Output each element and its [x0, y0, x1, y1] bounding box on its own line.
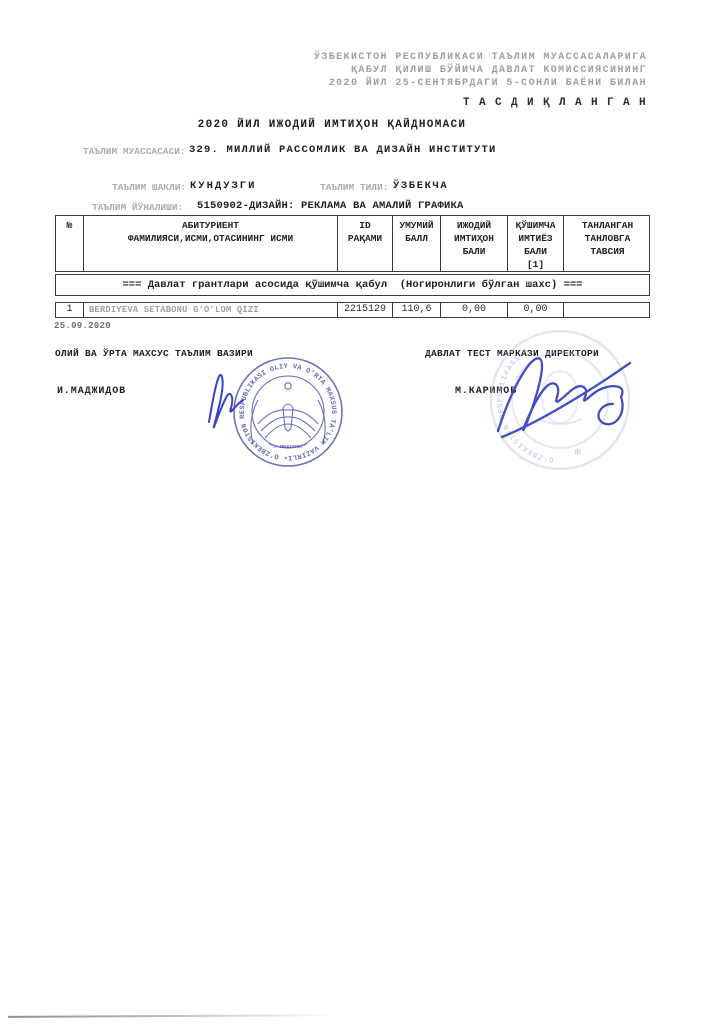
- scan-edge-artifact: [8, 1014, 338, 1018]
- header-bonus-score: ҚЎШИМЧА ИМТИЁЗ БАЛИ [1]: [508, 216, 564, 271]
- coat-of-arms-icon: [251, 383, 325, 448]
- approved-stamp-text: Т А С Д И Қ Л А Н Г А Н: [227, 97, 647, 109]
- header-total-score: УМУМИЙ БАЛЛ: [393, 216, 441, 271]
- table-header-row: № АБИТУРИЕНТ ФАМИЛИЯСИ,ИСМИ,ОТАСИНИНГ ИС…: [55, 215, 650, 272]
- header-id-number: ID РАҚАМИ: [338, 216, 393, 271]
- ministry-round-stamp: ✦ O’ZBEKISTON RESPUBLIKASI OLIY VA O’RTA…: [195, 352, 365, 474]
- header-recommendation: ТАНЛАНГАН ТАНЛОВГА ТАВСИЯ: [564, 216, 651, 271]
- stamp-banner-text: O’ZBEKISTON: [274, 445, 302, 450]
- table-row: 1 BERDIYEVA SETABONU G’O’LOM QIZI 221512…: [55, 302, 650, 318]
- stamp-star-icon: ✻: [574, 448, 582, 458]
- row-id-number: 2215129: [338, 303, 393, 317]
- row-bonus-score: 0,00: [508, 303, 564, 317]
- approval-line-3: 2020 ЙИЛ 25-СЕНТЯБРДАГИ 5-СОНЛИ БАЁНИ БИ…: [227, 77, 647, 90]
- table-section-row: === Давлат грантлари асосида қўшимча қаб…: [55, 274, 650, 296]
- study-direction-value: 5150902-ДИЗАЙН: РЕКЛАМА ВА АМАЛИЙ ГРАФИК…: [197, 200, 464, 212]
- document-date: 25.09.2020: [54, 321, 111, 331]
- institution-label: ТАЪЛИМ МУАССАСАСИ:: [83, 146, 186, 157]
- study-form-value: КУНДУЗГИ: [190, 180, 256, 192]
- left-signature-stroke: [209, 375, 243, 428]
- approval-line-2: ҚАБУЛ ҚИЛИШ БЎЙИЧА ДАВЛАТ КОМИССИЯСИНИНГ: [227, 64, 647, 77]
- left-signatory-name: И.МАДЖИДОВ: [57, 386, 126, 397]
- study-direction-label: ТАЪЛИМ ЙЎНАЛИШИ:: [92, 202, 183, 213]
- stamp-ring-text: ✦ O’ZBEKISTON RESPUBLIKASI OLIY VA O’RTA…: [195, 352, 337, 461]
- header-exam-score: ИЖОДИЙ ИМТИҲОН БАЛИ: [441, 216, 508, 271]
- approval-block: ЎЗБЕКИСТОН РЕСПУБЛИКАСИ ТАЪЛИМ МУАССАСАЛ…: [227, 51, 647, 109]
- study-language-value: ЎЗБЕКЧА: [393, 180, 448, 192]
- header-applicant-name: АБИТУРИЕНТ ФАМИЛИЯСИ,ИСМИ,ОТАСИНИНГ ИСМИ: [84, 216, 338, 271]
- row-number: 1: [56, 303, 84, 317]
- document-page: ЎЗБЕКИСТОН РЕСПУБЛИКАСИ ТАЪЛИМ МУАССАСАЛ…: [0, 0, 724, 1024]
- study-language-label: ТАЪЛИМ ТИЛИ:: [320, 182, 388, 193]
- right-signature-stroke: [498, 358, 630, 437]
- results-table: № АБИТУРИЕНТ ФАМИЛИЯСИ,ИСМИ,ОТАСИНИНГ ИС…: [55, 215, 650, 318]
- test-center-round-stamp: O’ZBEKISTON RESPUBLIKASI ✻ ✻: [478, 323, 650, 483]
- row-recommendation: [564, 303, 651, 317]
- row-applicant-name: BERDIYEVA SETABONU G’O’LOM QIZI: [84, 303, 338, 317]
- row-exam-score: 0,00: [441, 303, 508, 317]
- approval-line-1: ЎЗБЕКИСТОН РЕСПУБЛИКАСИ ТАЪЛИМ МУАССАСАЛ…: [227, 51, 647, 64]
- row-total-score: 110,6: [393, 303, 441, 317]
- header-number: №: [56, 216, 84, 271]
- document-title: 2020 ЙИЛ ИЖОДИЙ ИМТИҲОН ҚАЙДНОМАСИ: [0, 119, 664, 131]
- institution-value: 329. МИЛЛИЙ РАССОМЛИК ВА ДИЗАЙН ИНСТИТУТ…: [189, 144, 497, 156]
- study-form-label: ТАЪЛИМ ШАКЛИ:: [112, 182, 186, 193]
